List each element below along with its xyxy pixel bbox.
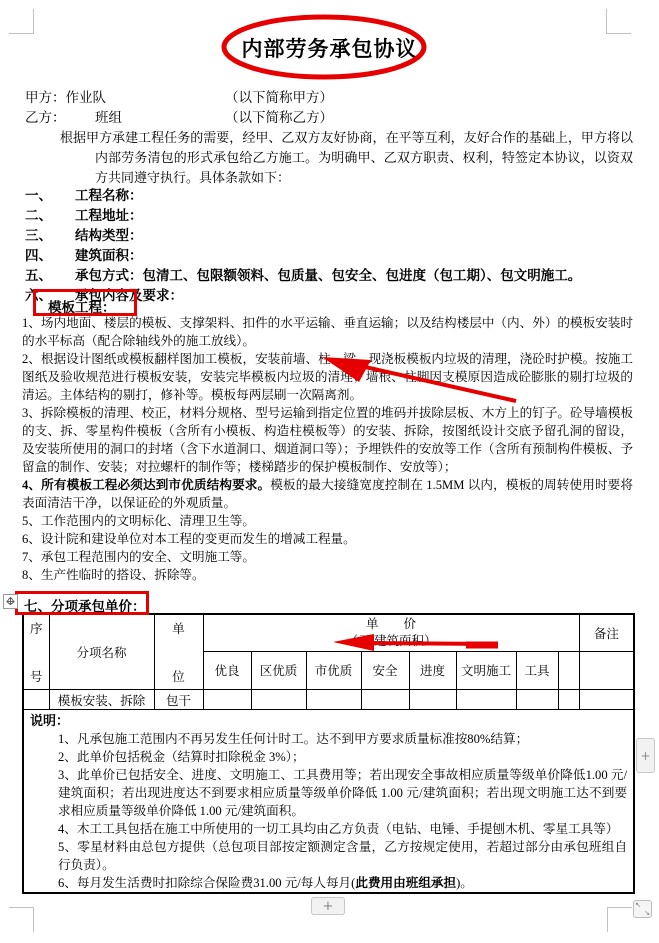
margin-crop-mark-bottom-right [607, 907, 632, 932]
th-unit-price-line1: 单 价 [204, 616, 579, 633]
clause-2: 二、工程地址： [25, 206, 581, 226]
cell-item-name: 模板安装、拆除 [49, 690, 154, 710]
th-unit-top: 单 [172, 619, 185, 637]
add-column-button[interactable]: + [636, 738, 655, 773]
formwork-item-5: 5、工作范围内的文明标化、清理卫生等。 [22, 512, 633, 530]
notes-cell: 说明： 1、凡承包施工范围内不再另发生任何计时工。达不到甲方要求质量标准按80%… [23, 710, 634, 894]
section-header-formwork: 模板工程： [48, 296, 116, 316]
margin-crop-mark-bottom-left [9, 907, 34, 932]
clause-4-num: 四、 [25, 246, 75, 266]
note-3-text: 3、此单价已包括安全、进度、文明施工、工具费用等；若出现安全事故相应质量等级单价… [58, 768, 627, 818]
formwork-item-2: 2、根据设计图纸或模板翻样图加工模板，安装前墙、柱、梁、现浇板模板内垃圾的清理，… [22, 350, 633, 404]
formwork-item-6-text: 6、设计院和建设单位对本工程的变更而发生的增减工程量。 [22, 532, 356, 546]
note-list: 1、凡承包施工范围内不再另发生任何计时工。达不到甲方要求质量标准按80%结算； … [24, 730, 633, 892]
document-page: 内部劳务承包协议 甲方：作业队（以下简称甲方） 乙方：班组（以下简称乙方） 根据… [0, 0, 659, 943]
clause-4-text: 建筑面积： [75, 248, 143, 263]
cell-value-3 [306, 690, 361, 710]
th-unit-price-line2: （元/建筑面积） [204, 633, 579, 650]
note-5: 5、零星材料由总包方提供（总包项目部按定额测定含量，乙方按规定使用，若超过部分由… [58, 838, 627, 874]
note-6: 6、每月发生活费时扣除综合保险费31.00 元/每人每月(此费用由班组承担)。 [58, 874, 627, 892]
th-unit-bottom: 位 [172, 667, 185, 685]
formwork-item-1-text: 1、场内地面、楼层的模板、支撑架料、扣件的水平运输、垂直运输；以及结构楼层中（内… [22, 316, 633, 348]
formwork-item-4-bold: 4、所有模板工程必须达到市优质结构要求。 [22, 478, 270, 492]
formwork-item-7: 7、承包工程范围内的安全、文明施工等。 [22, 548, 633, 566]
note-6-text: 6、每月发生活费时扣除综合保险费31.00 元/每人每月( [58, 876, 355, 890]
note-2: 2、此单价包括税金（结算时扣除税金 3%）； [58, 748, 627, 766]
th-civilized-construction: 文明施工 [456, 651, 516, 689]
formwork-item-2-text: 2、根据设计图纸或模板翻样图加工模板，安装前墙、柱、梁、现浇板模板内垃圾的清理，… [22, 352, 633, 402]
clause-1: 一、工程名称： [25, 186, 581, 206]
th-blank [558, 651, 579, 689]
cell-unit: 包干 [154, 690, 203, 710]
th-remark-blank [579, 651, 634, 689]
formwork-item-6: 6、设计院和建设单位对本工程的变更而发生的增减工程量。 [22, 530, 633, 548]
cell-value-2 [251, 690, 306, 710]
clause-2-num: 二、 [25, 206, 75, 226]
clause-1-num: 一、 [25, 186, 75, 206]
th-safety: 安全 [361, 651, 409, 689]
note-4-text: 4、木工工具包括在施工中所使用的一切工具均由乙方负责（电钻、电锤、手提刨木机、零… [58, 822, 618, 836]
formwork-item-1: 1、场内地面、楼层的模板、支撑架料、扣件的水平运输、垂直运输；以及结构楼层中（内… [22, 314, 633, 350]
clause-3: 三、结构类型： [25, 226, 581, 246]
note-4: 4、木工工具包括在施工中所使用的一切工具均由乙方负责（电钻、电锤、手提刨木机、零… [58, 820, 627, 838]
th-item-name: 分项名称 [49, 614, 154, 690]
formwork-item-8: 8、生产性临时的搭设、拆除等。 [22, 566, 633, 584]
clause-5: 五、承包方式：包清工、包限额领料、包质量、包安全、包进度（包工期）、包文明施工。 [25, 266, 581, 286]
th-unit: 单位 [154, 614, 203, 690]
move-arrows-vertical-icon: ↕ [4, 595, 17, 608]
cell-value-8 [558, 690, 579, 710]
clause-5-num: 五、 [25, 266, 75, 286]
cell-value-7 [516, 690, 558, 710]
party-b-label: 乙方： [25, 108, 95, 128]
cell-remark [579, 690, 634, 710]
party-b-line: 乙方：班组（以下简称乙方） [25, 108, 333, 128]
clause-3-num: 三、 [25, 226, 75, 246]
resize-arrow-nw-icon: ↖ [635, 901, 641, 909]
formwork-item-8-text: 8、生产性临时的搭设、拆除等。 [22, 568, 205, 582]
party-b-name: 班组 [95, 108, 225, 128]
resize-arrow-se-icon: ↘ [644, 909, 650, 917]
note-6-tail: )。 [456, 876, 473, 890]
note-6-bold: 此费用由班组承担 [355, 876, 456, 890]
th-seq-top: 序 [30, 619, 43, 637]
th-unit-price: 单 价 （元/建筑面积） [203, 614, 579, 651]
clause-5-text: 承包方式：包清工、包限额领料、包质量、包安全、包进度（包工期）、包文明施工。 [75, 268, 581, 283]
cell-value-4 [361, 690, 409, 710]
clause-7-heading: 七、分项承包单价： [24, 595, 146, 615]
th-progress: 进度 [409, 651, 456, 689]
table-move-handle[interactable]: ↔ ↕ [3, 594, 18, 609]
th-grade-city: 市优质 [306, 651, 361, 689]
formwork-item-7-text: 7、承包工程范围内的安全、文明施工等。 [22, 550, 255, 564]
th-tools: 工具 [516, 651, 558, 689]
th-seq: 序号 [23, 614, 49, 690]
cell-seq [23, 690, 49, 710]
th-remark: 备注 [579, 614, 634, 651]
note-1-text: 1、凡承包施工范围内不再另发生任何计时工。达不到甲方要求质量标准按80%结算； [58, 732, 528, 746]
party-a-line: 甲方：作业队（以下简称甲方） [25, 88, 333, 108]
clause-list: 一、工程名称： 二、工程地址： 三、结构类型： 四、建筑面积： 五、承包方式：包… [25, 186, 581, 306]
note-5-text: 5、零星材料由总包方提供（总包项目部按定额测定含量，乙方按规定使用，若超过部分由… [58, 840, 627, 872]
clause-1-text: 工程名称： [75, 188, 143, 203]
cell-value-1 [203, 690, 251, 710]
intro-paragraph: 根据甲方承建工程任务的需要，经甲、乙双方友好协商，在平等互利，友好合作的基础上，… [25, 128, 633, 188]
notes-title: 说明： [24, 710, 633, 730]
document-title: 内部劳务承包协议 [0, 33, 659, 63]
formwork-item-list: 1、场内地面、楼层的模板、支撑架料、扣件的水平运输、垂直运输；以及结构楼层中（内… [22, 314, 633, 584]
cell-value-6 [456, 690, 516, 710]
th-grade-district: 区优质 [251, 651, 306, 689]
party-a-note: （以下简称甲方） [225, 90, 333, 105]
party-b-note: （以下简称乙方） [225, 110, 333, 125]
margin-crop-mark-top-right [606, 9, 631, 34]
party-a-label: 甲方：作业队 [25, 88, 225, 108]
note-3: 3、此单价已包括安全、进度、文明施工、工具费用等；若出现安全事故相应质量等级单价… [58, 766, 627, 820]
th-grade-excellent: 优良 [203, 651, 251, 689]
formwork-item-4: 4、所有模板工程必须达到市优质结构要求。模板的最大接缝宽度控制在 1.5MM 以… [22, 476, 633, 512]
margin-crop-mark-top-left [9, 9, 34, 34]
add-row-button[interactable]: + [311, 897, 345, 915]
unit-price-table: 序号 分项名称 单位 单 价 （元/建筑面积） 备注 优良 区优质 市优质 安全… [22, 613, 635, 894]
th-seq-bottom: 号 [30, 667, 43, 685]
formwork-item-5-text: 5、工作范围内的文明标化、清理卫生等。 [22, 514, 255, 528]
clause-4: 四、建筑面积： [25, 246, 581, 266]
table-resize-handle[interactable]: ↖ ↘ [633, 900, 652, 918]
table-row: 模板安装、拆除 包干 [23, 690, 634, 710]
formwork-item-3: 3、拆除模板的清理、校正，材料分规格、型号运输到指定位置的堆码并拔除层板、木方上… [22, 404, 633, 476]
note-1: 1、凡承包施工范围内不再另发生任何计时工。达不到甲方要求质量标准按80%结算； [58, 730, 627, 748]
note-2-text: 2、此单价包括税金（结算时扣除税金 3%）； [58, 750, 305, 764]
clause-2-text: 工程地址： [75, 208, 143, 223]
clause-3-text: 结构类型： [75, 228, 143, 243]
cell-value-5 [409, 690, 456, 710]
formwork-item-3-text: 3、拆除模板的清理、校正，材料分规格、型号运输到指定位置的堆码并拔除层板、木方上… [22, 406, 633, 474]
